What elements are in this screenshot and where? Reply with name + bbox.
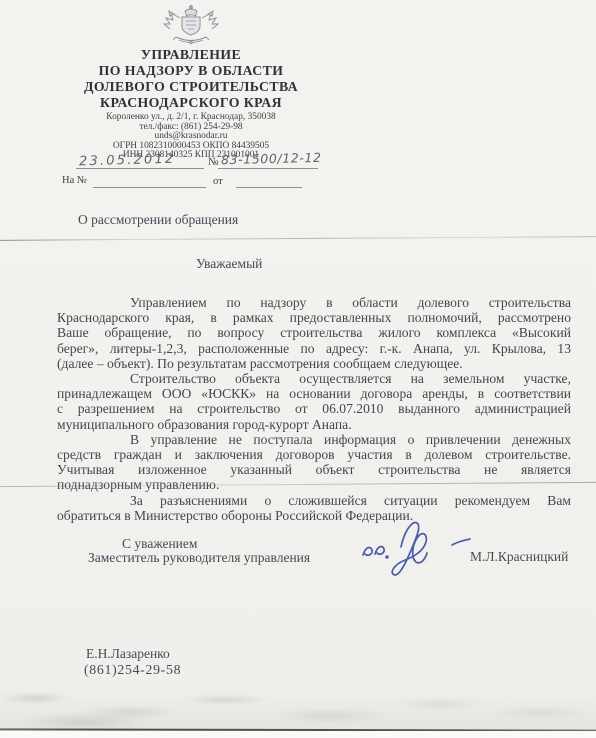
org-name-line: ДОЛЕВОГО СТРОИТЕЛЬСТВА	[0, 79, 382, 95]
salutation: Уважаемый	[196, 256, 262, 272]
body-line: (далее – объект). По результатам рассмот…	[57, 356, 571, 371]
scanned-official-letter: УПРАВЛЕНИЕ ПО НАДЗОРУ В ОБЛАСТИ ДОЛЕВОГО…	[0, 0, 596, 738]
signatory-name: М.Л.Красницкий	[470, 549, 568, 565]
inn-kpp-line: ИНН 2308140325 КПП 231001001	[0, 151, 382, 161]
body-line: Ваше обращение, по вопросу строительства…	[57, 325, 571, 340]
body-line: В управление не поступала информация о п…	[57, 432, 571, 447]
org-name-line: ПО НАДЗОРУ В ОБЛАСТИ	[0, 63, 382, 79]
handwritten-date: 23.05.2012	[79, 152, 176, 170]
blank-line	[236, 187, 302, 188]
body-line: принадлежащем ООО «ЮСКК» на основании до…	[57, 386, 571, 401]
signatory-position: Заместитель руководителя управления	[88, 550, 310, 566]
org-name-line: УПРАВЛЕНИЕ	[0, 47, 382, 63]
number-sign-label: №	[208, 156, 219, 168]
body-line: Краснодарского края, в рамках предоставл…	[57, 310, 571, 325]
fold-crease	[0, 236, 596, 241]
reply-date-label: от	[213, 176, 223, 187]
body-line: средств граждан и заключения договоров у…	[57, 447, 571, 462]
blank-line	[93, 187, 206, 188]
executor-name: Е.Н.Лазаренко	[86, 646, 170, 662]
handwritten-outgoing-number: 83-1500/12-12	[221, 150, 322, 167]
body-line: берег», литеры-1,2,3, расположенные по а…	[57, 341, 571, 356]
body-line: Учитывая изложенное указанный объект стр…	[57, 462, 571, 477]
handwritten-signature-icon	[356, 514, 474, 582]
reply-number-label: На №	[62, 175, 87, 186]
contact-block: Короленко ул., д. 2/1, г. Краснодар, 350…	[0, 113, 382, 161]
letterhead: УПРАВЛЕНИЕ ПО НАДЗОРУ В ОБЛАСТИ ДОЛЕВОГО…	[0, 0, 382, 161]
executor-phone: (861)254-29-58	[84, 662, 181, 678]
organization-name: УПРАВЛЕНИЕ ПО НАДЗОРУ В ОБЛАСТИ ДОЛЕВОГО…	[0, 47, 382, 111]
blank-line	[76, 168, 204, 169]
scanner-background	[0, 731, 596, 738]
subject-line: О рассмотрении обращения	[78, 212, 238, 228]
body-line: Управлением по надзору в области долевог…	[57, 295, 571, 310]
org-name-line: КРАСНОДАРСКОГО КРАЯ	[0, 95, 382, 111]
body-line: обратиться в Министерство обороны Россий…	[57, 508, 571, 523]
krasnodar-coat-of-arms-icon	[152, 4, 230, 46]
blank-line	[218, 168, 318, 169]
body-line: За разъяснениями о сложившейся ситуации …	[57, 493, 571, 508]
scan-noise-band	[0, 686, 596, 730]
body-line: муниципального образования город-курорт …	[57, 417, 571, 432]
body-line: Строительство объекта осуществляется на …	[57, 371, 571, 386]
letter-body: Управлением по надзору в области долевог…	[57, 295, 571, 523]
body-line: с разрешением на строительство от 06.07.…	[57, 401, 571, 416]
